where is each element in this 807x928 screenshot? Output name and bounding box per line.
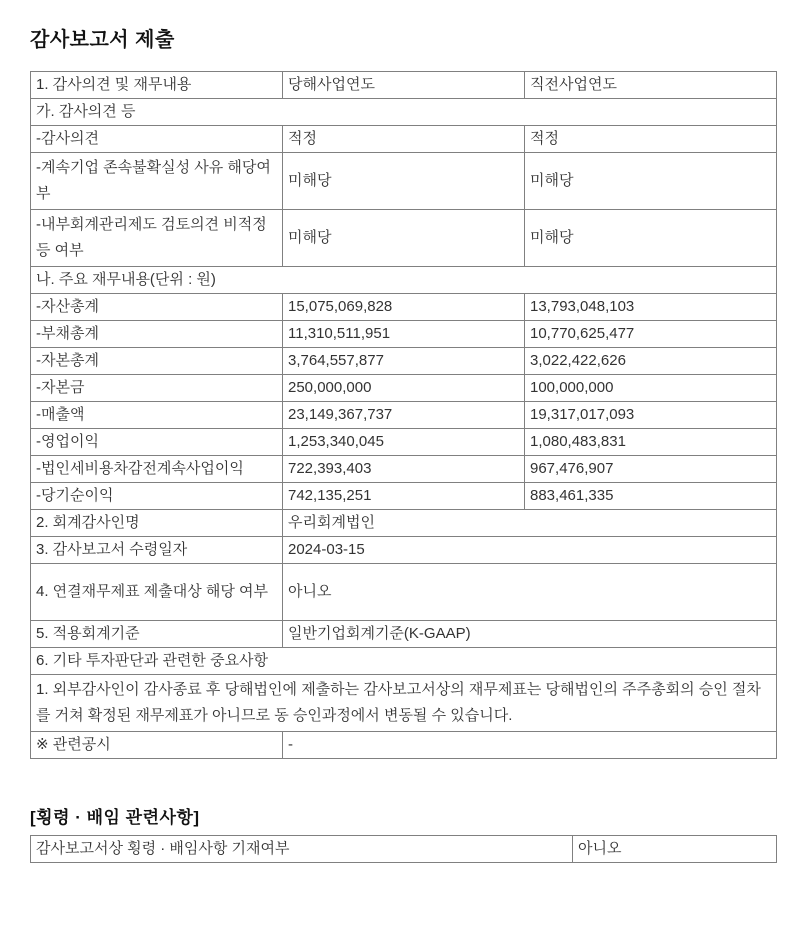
- document-page: 감사보고서 제출 1. 감사의견 및 재무내용당해사업연도직전사업연도가. 감사…: [0, 0, 807, 863]
- table-cell: 미해당: [525, 153, 777, 210]
- table-cell: ※ 관련공시: [31, 732, 283, 759]
- table-cell: -: [283, 732, 777, 759]
- page-title: 감사보고서 제출: [30, 23, 777, 52]
- table-row: -자산총계15,075,069,82813,793,048,103: [31, 294, 777, 321]
- table-cell: 1,253,340,045: [283, 429, 525, 456]
- table-cell: 미해당: [525, 210, 777, 267]
- table-cell: 나. 주요 재무내용(단위 : 원): [31, 267, 777, 294]
- table-row: 4. 연결재무제표 제출대상 해당 여부아니오: [31, 564, 777, 621]
- table-cell: 가. 감사의견 등: [31, 99, 777, 126]
- table-cell: 1. 감사의견 및 재무내용: [31, 72, 283, 99]
- table-row: -자본금250,000,000100,000,000: [31, 375, 777, 402]
- table-cell: 967,476,907: [525, 456, 777, 483]
- table-cell: -자산총계: [31, 294, 283, 321]
- table-cell: 3. 감사보고서 수령일자: [31, 537, 283, 564]
- table-cell: 250,000,000: [283, 375, 525, 402]
- table-cell: -자본총계: [31, 348, 283, 375]
- table-cell: 일반기업회계기준(K-GAAP): [283, 621, 777, 648]
- table-cell: -계속기업 존속불확실성 사유 해당여부: [31, 153, 283, 210]
- audit-report-table: 1. 감사의견 및 재무내용당해사업연도직전사업연도가. 감사의견 등-감사의견…: [30, 71, 777, 759]
- table-cell: 우리회계법인: [283, 510, 777, 537]
- table-row: -감사의견적정적정: [31, 126, 777, 153]
- table-row: -영업이익1,253,340,0451,080,483,831: [31, 429, 777, 456]
- table-cell: 722,393,403: [283, 456, 525, 483]
- table-row: 가. 감사의견 등: [31, 99, 777, 126]
- table-cell: 감사보고서상 횡령 · 배임사항 기재여부: [31, 836, 573, 863]
- table-cell: -감사의견: [31, 126, 283, 153]
- table-row: 1. 감사의견 및 재무내용당해사업연도직전사업연도: [31, 72, 777, 99]
- table-cell: 883,461,335: [525, 483, 777, 510]
- table-cell: -내부회계관리제도 검토의견 비적정 등 여부: [31, 210, 283, 267]
- table-cell: 2. 회계감사인명: [31, 510, 283, 537]
- table-row: 5. 적용회계기준일반기업회계기준(K-GAAP): [31, 621, 777, 648]
- table-cell: 23,149,367,737: [283, 402, 525, 429]
- table-cell: 100,000,000: [525, 375, 777, 402]
- table-row: 6. 기타 투자판단과 관련한 중요사항: [31, 648, 777, 675]
- table-row: 감사보고서상 횡령 · 배임사항 기재여부아니오: [31, 836, 777, 863]
- table-cell: 아니오: [283, 564, 777, 621]
- table-row: -내부회계관리제도 검토의견 비적정 등 여부미해당미해당: [31, 210, 777, 267]
- table-cell: 아니오: [573, 836, 777, 863]
- table-cell: 미해당: [283, 153, 525, 210]
- table-cell: -자본금: [31, 375, 283, 402]
- table-cell: 742,135,251: [283, 483, 525, 510]
- table-cell: 2024-03-15: [283, 537, 777, 564]
- table-cell: 당해사업연도: [283, 72, 525, 99]
- table-cell: 적정: [283, 126, 525, 153]
- table-row: 나. 주요 재무내용(단위 : 원): [31, 267, 777, 294]
- table-cell: 미해당: [283, 210, 525, 267]
- table-row: 3. 감사보고서 수령일자2024-03-15: [31, 537, 777, 564]
- table-cell: 1. 외부감사인이 감사종료 후 당해법인에 제출하는 감사보고서상의 재무제표…: [31, 675, 777, 732]
- table-cell: 3,764,557,877: [283, 348, 525, 375]
- table-cell: 13,793,048,103: [525, 294, 777, 321]
- table-row: ※ 관련공시-: [31, 732, 777, 759]
- table-cell: -법인세비용차감전계속사업이익: [31, 456, 283, 483]
- table-cell: 19,317,017,093: [525, 402, 777, 429]
- table-row: 1. 외부감사인이 감사종료 후 당해법인에 제출하는 감사보고서상의 재무제표…: [31, 675, 777, 732]
- table-row: -계속기업 존속불확실성 사유 해당여부미해당미해당: [31, 153, 777, 210]
- table-cell: 10,770,625,477: [525, 321, 777, 348]
- table-row: -당기순이익742,135,251883,461,335: [31, 483, 777, 510]
- table-row: -부채총계11,310,511,95110,770,625,477: [31, 321, 777, 348]
- table-cell: 5. 적용회계기준: [31, 621, 283, 648]
- embezzlement-table: 감사보고서상 횡령 · 배임사항 기재여부아니오: [30, 835, 777, 863]
- table-cell: -부채총계: [31, 321, 283, 348]
- table-row: 2. 회계감사인명우리회계법인: [31, 510, 777, 537]
- embezzlement-section-title: [횡령 · 배임 관련사항]: [30, 803, 777, 828]
- table-cell: 6. 기타 투자판단과 관련한 중요사항: [31, 648, 777, 675]
- table-cell: 직전사업연도: [525, 72, 777, 99]
- table-cell: -영업이익: [31, 429, 283, 456]
- table-cell: 15,075,069,828: [283, 294, 525, 321]
- table-cell: 4. 연결재무제표 제출대상 해당 여부: [31, 564, 283, 621]
- table-cell: 3,022,422,626: [525, 348, 777, 375]
- table-cell: 1,080,483,831: [525, 429, 777, 456]
- table-row: -자본총계3,764,557,8773,022,422,626: [31, 348, 777, 375]
- table-row: -매출액23,149,367,73719,317,017,093: [31, 402, 777, 429]
- table-row: -법인세비용차감전계속사업이익722,393,403967,476,907: [31, 456, 777, 483]
- table-cell: 적정: [525, 126, 777, 153]
- table-cell: -매출액: [31, 402, 283, 429]
- table-cell: -당기순이익: [31, 483, 283, 510]
- table-cell: 11,310,511,951: [283, 321, 525, 348]
